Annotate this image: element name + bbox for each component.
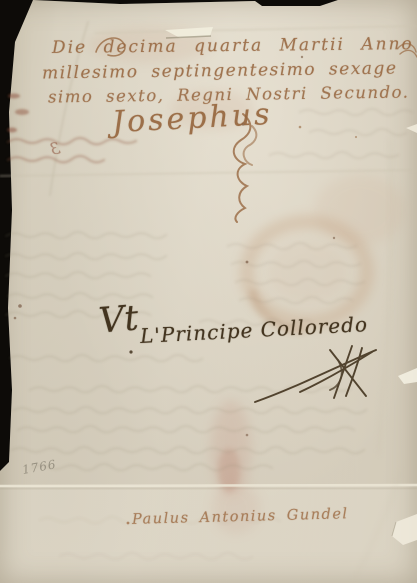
ink-flourishes [0, 0, 417, 583]
manuscript-scan: Die decima quarta Martii Anno millesimo … [0, 0, 417, 583]
royal-paraph [234, 114, 257, 222]
countersignature-paraph [255, 346, 376, 402]
